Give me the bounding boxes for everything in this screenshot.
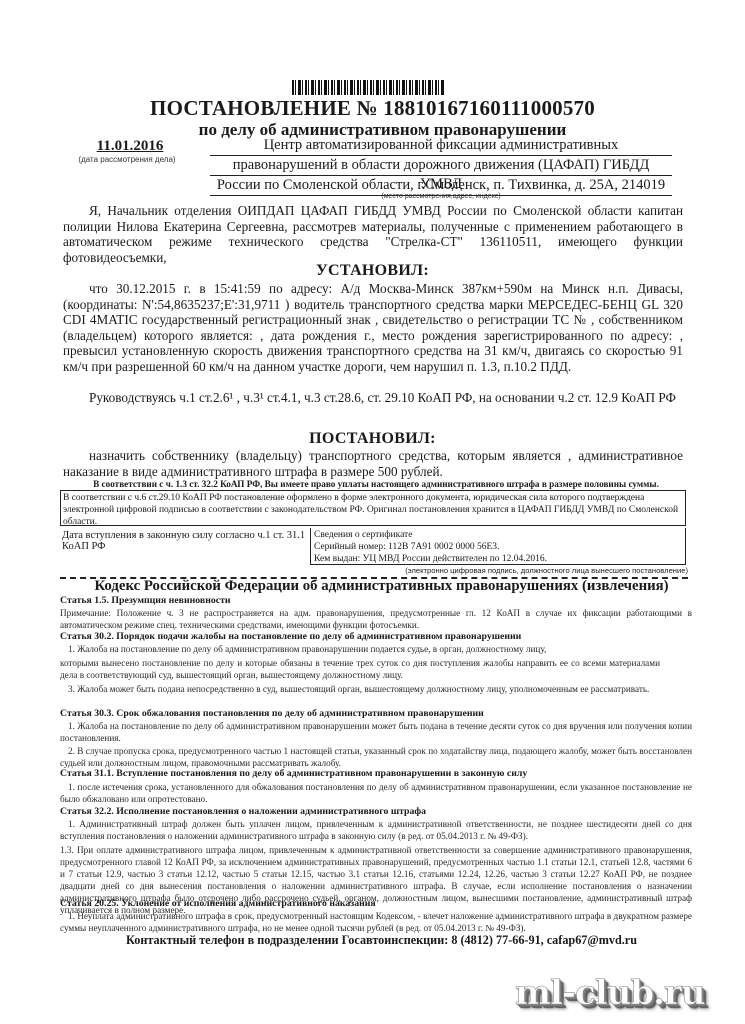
article-title: Статья 30.3. Срок обжалования постановле… (60, 708, 690, 719)
certificate-heading: Сведения о сертификате (314, 529, 682, 541)
article-paragraph: 1. Административный штраф должен быть уп… (60, 818, 692, 842)
article-title: Статья 30.2. Порядок подачи жалобы на по… (60, 631, 690, 642)
barcode (292, 80, 444, 95)
review-date-caption: (дата рассмотрения дела) (62, 155, 192, 164)
electronic-document-notice: В соответствии с ч.6 ст.29.10 КоАП РФ по… (60, 490, 686, 526)
review-place-caption: (место рассмотрения,адрес, индекс) (210, 193, 672, 200)
signature-caption: (электронно цифровая подпись, должностно… (310, 566, 688, 575)
review-place-line-2: правонарушений в области дорожного движе… (210, 156, 672, 176)
article-paragraph: 2. В случае пропуска срока, предусмотрен… (60, 745, 692, 769)
article-paragraph: которыми вынесено постановление по делу … (60, 657, 660, 681)
article-paragraph: 1. Жалоба на постановление по делу об ад… (60, 720, 692, 744)
certificate-issuer: Кем выдан: УЦ МВД России действителен по… (314, 553, 682, 565)
article-title: Статья 20.25. Уклонение от исполнения ад… (60, 898, 690, 909)
article-paragraph: 1. Неуплата административного штрафа в с… (60, 910, 692, 934)
certificate-serial: Серийный номер: 112B 7A91 0002 0000 56E3… (314, 541, 682, 553)
effective-date-label: Дата вступления в законную силу согласно… (62, 530, 306, 552)
decided-paragraph: назначить собственнику (владельцу) транс… (63, 448, 683, 479)
guided-paragraph: Руководствуясь ч.1 ст.2.6¹ , ч.3¹ ст.4.1… (63, 390, 683, 406)
article-paragraph: 3. Жалоба может быть подана непосредстве… (60, 683, 660, 695)
contact-info: Контактный телефон в подразделении Госав… (0, 933, 745, 948)
review-place-line-1: Центр автоматизированной фиксации админи… (210, 136, 672, 156)
article-title: Статья 32.2. Исполнение постановления о … (60, 806, 690, 817)
article-paragraph: Примечание: Положение ч. 3 не распростра… (60, 607, 692, 631)
established-heading: УСТАНОВИЛ: (0, 262, 745, 280)
code-extract-title: Кодекс Российской Федерации об администр… (0, 578, 745, 595)
article-title: Статья 31.1. Вступление постановления по… (60, 768, 690, 779)
article-paragraph: 1. после истечения срока, установленного… (60, 781, 692, 805)
article-title: Статья 1.5. Презумпция невиновности (60, 595, 690, 606)
certificate-info: Сведения о сертификате Серийный номер: 1… (310, 528, 686, 565)
watermark-logo: ml-club.ru (515, 973, 705, 1013)
intro-paragraph: Я, Начальник отделения ОИПДАП ЦАФАП ГИБД… (63, 203, 683, 265)
article-paragraph: 1. Жалоба на постановление по делу об ад… (60, 643, 660, 655)
half-payment-notice: В соответствии с ч. 1.3 ст. 32.2 КоАП РФ… (66, 479, 686, 489)
established-paragraph: что 30.12.2015 г. в 15:41:59 по адресу: … (63, 281, 683, 374)
decided-heading: ПОСТАНОВИЛ: (0, 430, 745, 448)
document-title: ПОСТАНОВЛЕНИЕ № 18810167160111000570 (0, 96, 745, 121)
review-date: 11.01.2016 (80, 138, 180, 155)
